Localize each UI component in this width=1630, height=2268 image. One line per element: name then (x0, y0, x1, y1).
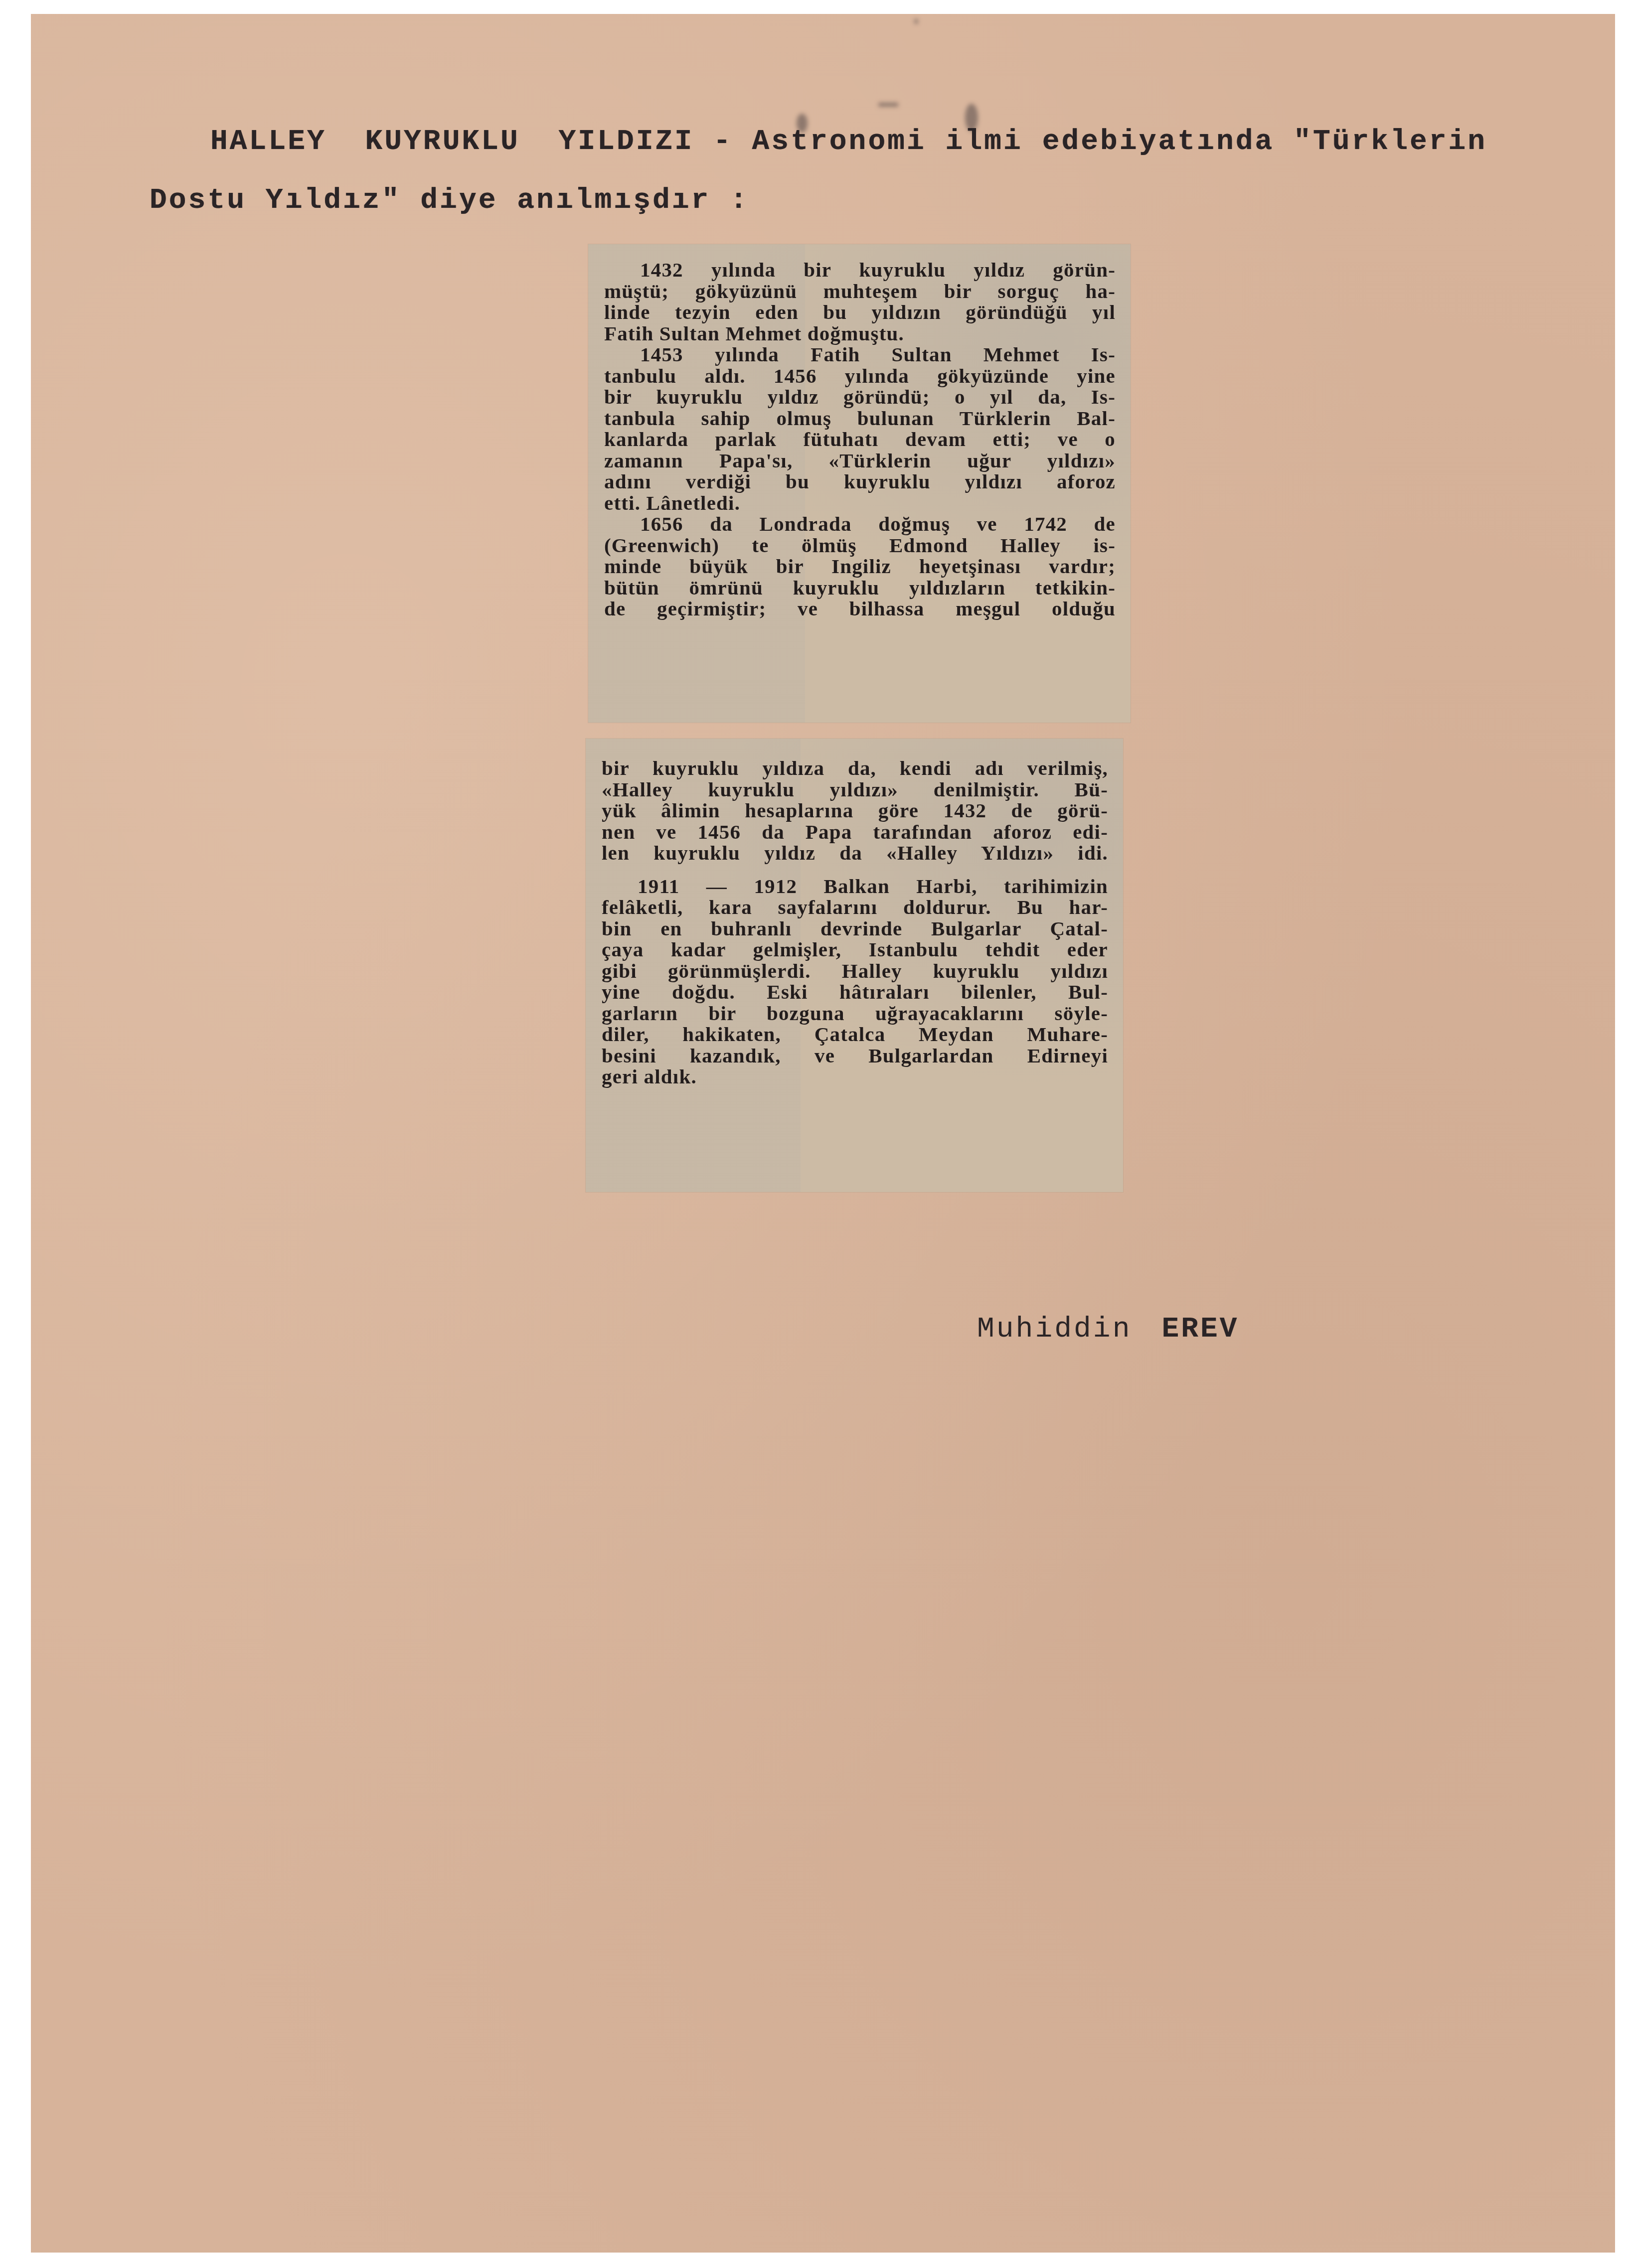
newspaper-clipping-2: bir kuyruklu yıldıza da, kendi adı veril… (586, 739, 1123, 1192)
text-line: tanbula sahip olmuş bulunan Türklerin Ba… (604, 408, 1116, 429)
newspaper-clipping-1: 1432 yılında bir kuyruklu yıldız görün- … (588, 244, 1131, 723)
ink-smudge (878, 103, 898, 107)
text-line: tanbulu aldı. 1456 yılında gökyüzünde yi… (604, 365, 1116, 387)
clipping-1-text: 1432 yılında bir kuyruklu yıldız görün- … (604, 259, 1116, 619)
text-line: besini kazandık, ve Bulgarlardan Edirney… (602, 1045, 1108, 1066)
clipping-2-paragraph-1: bir kuyruklu yıldıza da, kendi adı veril… (602, 757, 1108, 864)
text-line: yine doğdu. Eski hâtıraları bilenler, Bu… (602, 981, 1108, 1003)
text-line: müştü; gökyüzünü muhteşem bir sorguç ha- (604, 281, 1116, 302)
text-line: kanlarda parlak fütuhatı devam etti; ve … (604, 429, 1116, 450)
text-line: geri aldık. (602, 1066, 1108, 1087)
typed-heading-line-2: Dostu Yıldız" diye anılmışdır : (150, 184, 749, 217)
text-line: (Greenwich) te ölmüş Edmond Halley is- (604, 535, 1116, 556)
text-line: çaya kadar gelmişler, Istanbulu tehdit e… (602, 939, 1108, 960)
clipping-2-text: bir kuyruklu yıldıza da, kendi adı veril… (602, 757, 1108, 1087)
text-line: bin en buhranlı devrinde Bulgarlar Çatal… (602, 918, 1108, 939)
text-line: gibi görünmüşlerdi. Halley kuyruklu yıld… (602, 960, 1108, 982)
clipping-1-paragraph-2: 1453 yılında Fatih Sultan Mehmet Is- tan… (604, 344, 1116, 513)
text-line: «Halley kuyruklu yıldızı» denilmiştir. B… (602, 779, 1108, 800)
text-line: adını verdiği bu kuyruklu yıldızı aforoz (604, 471, 1116, 492)
clipping-2-paragraph-2: 1911 — 1912 Balkan Harbi, tarihimizin fe… (602, 876, 1108, 1087)
text-line: garların bir bozguna uğrayacaklarını söy… (602, 1003, 1108, 1024)
clipping-1-paragraph-1: 1432 yılında bir kuyruklu yıldız görün- … (604, 259, 1116, 344)
text-line: 1432 yılında bir kuyruklu yıldız görün- (604, 259, 1116, 281)
text-line: 1911 — 1912 Balkan Harbi, tarihimizin (602, 876, 1108, 897)
text-line: linde tezyin eden bu yıldızın göründüğü … (604, 302, 1116, 323)
clipping-1-paragraph-3: 1656 da Londrada doğmuş ve 1742 de (Gree… (604, 513, 1116, 619)
signature-surname: EREV (1161, 1313, 1239, 1346)
ink-smudge (914, 19, 918, 24)
text-line: de geçirmiştir; ve bilhassa meşgul olduğ… (604, 598, 1116, 619)
text-line: 1453 yılında Fatih Sultan Mehmet Is- (604, 344, 1116, 365)
text-line: Fatih Sultan Mehmet doğmuştu. (604, 323, 1116, 344)
text-line: 1656 da Londrada doğmuş ve 1742 de (604, 513, 1116, 535)
text-line: diler, hakikaten, Çatalca Meydan Muhare- (602, 1024, 1108, 1045)
author-signature: MuhiddinEREV (977, 1313, 1239, 1346)
signature-first-name: Muhiddin (977, 1313, 1132, 1346)
text-line: nen ve 1456 da Papa tarafından aforoz ed… (602, 821, 1108, 843)
text-line: bütün ömrünü kuyruklu yıldızların tetkik… (604, 577, 1116, 599)
text-line: felâketli, kara sayfalarını doldurur. Bu… (602, 897, 1108, 918)
text-line: bir kuyruklu yıldıza da, kendi adı veril… (602, 757, 1108, 779)
text-line: bir kuyruklu yıldız göründü; o yıl da, I… (604, 386, 1116, 408)
text-line: minde büyük bir Ingiliz heyetşinası vard… (604, 556, 1116, 577)
text-line: zamanın Papa'sı, «Türklerin uğur yıldızı… (604, 450, 1116, 471)
typed-heading-line-1: HALLEY KUYRUKLU YILDIZI - Astronomi ilmi… (210, 126, 1487, 158)
text-line: yük âlimin hesaplarına göre 1432 de görü… (602, 800, 1108, 821)
text-line: len kuyruklu yıldız da «Halley Yıldızı» … (602, 842, 1108, 864)
text-line: etti. Lânetledi. (604, 492, 1116, 514)
